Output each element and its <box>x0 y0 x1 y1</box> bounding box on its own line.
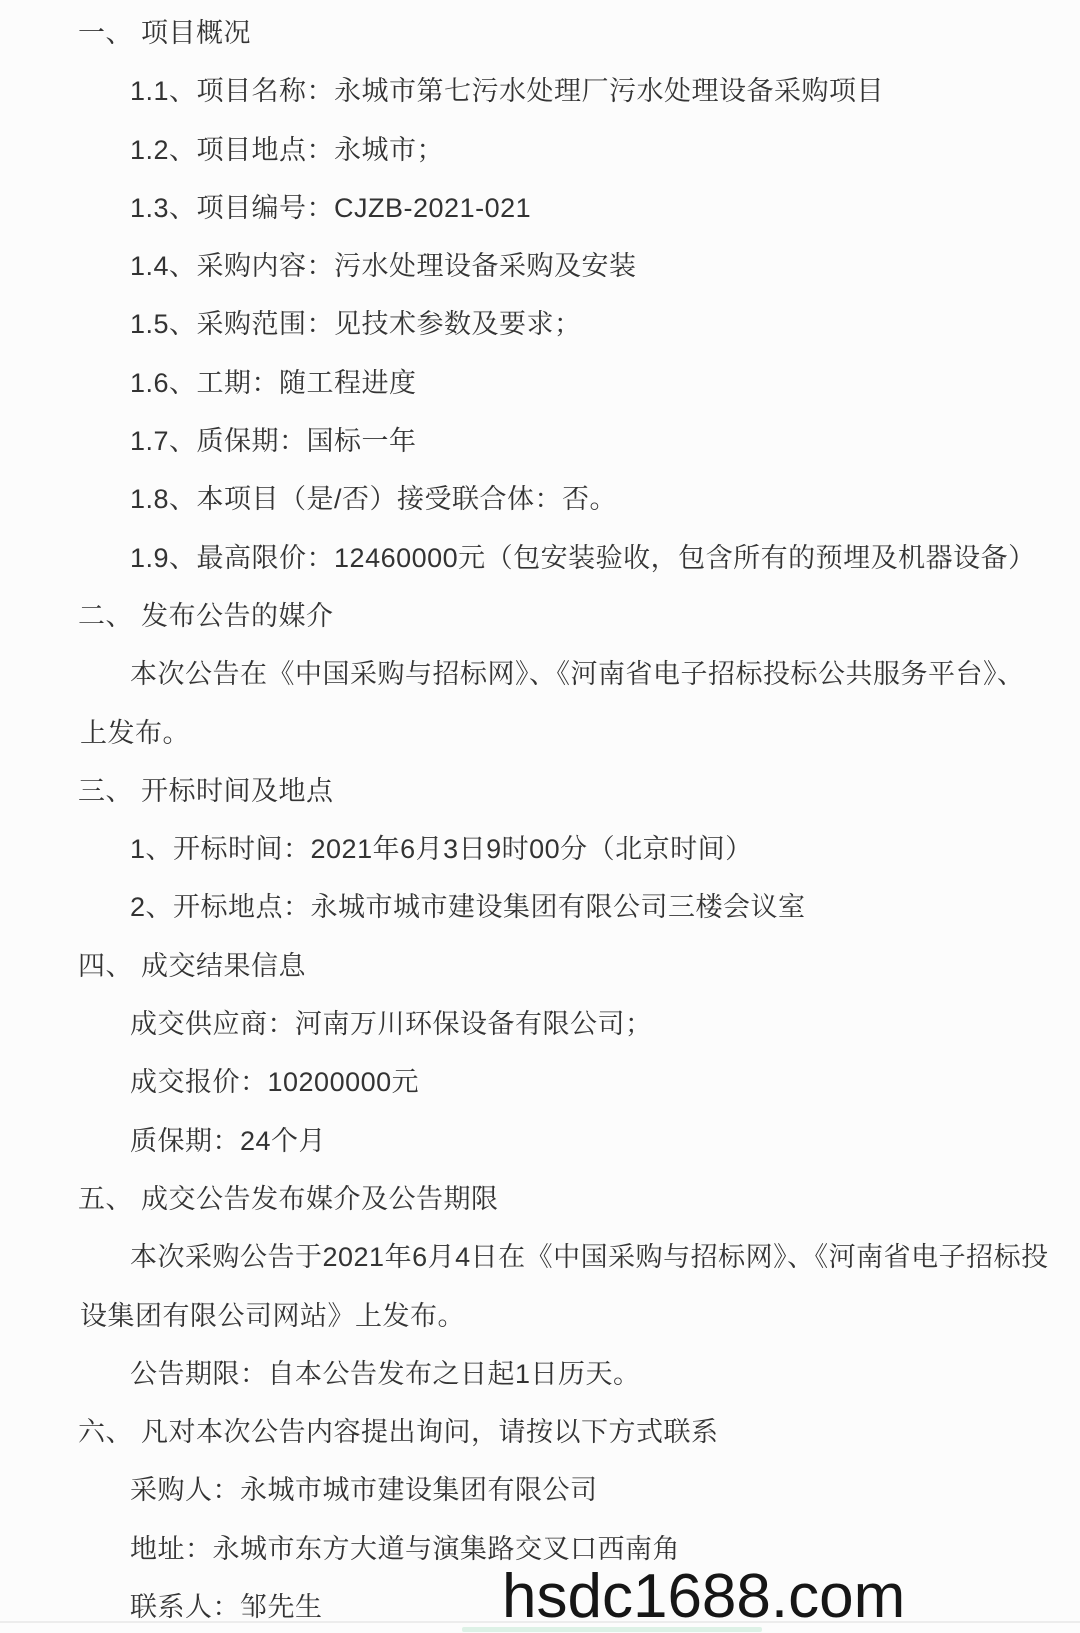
section-heading: 四、 成交结果信息 <box>0 937 1080 995</box>
document-line: 1.1、项目名称：永城市第七污水处理厂污水处理设备采购项目 <box>0 62 1080 120</box>
bottom-highlight-strip <box>462 1627 762 1632</box>
bottom-divider <box>0 1621 1080 1623</box>
document-line: 1.5、采购范围：见技术参数及要求； <box>0 295 1080 353</box>
page: { "document": { "lines": [ { "indent": "… <box>0 0 1080 1633</box>
document-line: 成交供应商：河南万川环保设备有限公司； <box>0 995 1080 1053</box>
section-heading: 五、 成交公告发布媒介及公告期限 <box>0 1170 1080 1228</box>
section-heading: 六、 凡对本次公告内容提出询问，请按以下方式联系 <box>0 1403 1080 1461</box>
document-line: 1.7、质保期：国标一年 <box>0 412 1080 470</box>
document-line: 1.3、项目编号：CJZB-2021-021 <box>0 179 1080 237</box>
document-line: 本次公告在《中国采购与招标网》、《河南省电子招标投标公共服务平台》、 <box>0 645 1080 703</box>
document-line: 质保期：24个月 <box>0 1112 1080 1170</box>
document-line: 1.4、采购内容：污水处理设备采购及安装 <box>0 237 1080 295</box>
document-line: 1.2、项目地点：永城市； <box>0 121 1080 179</box>
watermark-text: hsdc1688.com <box>502 1566 905 1628</box>
document-line: 上发布。 <box>0 704 1080 762</box>
document-line: 本次采购公告于2021年6月4日在《中国采购与招标网》、《河南省电子招标投 <box>0 1228 1080 1286</box>
document-line: 采购人：永城市城市建设集团有限公司 <box>0 1461 1080 1519</box>
document-line: 2、开标地点：永城市城市建设集团有限公司三楼会议室 <box>0 878 1080 936</box>
announcement-document: 一、 项目概况1.1、项目名称：永城市第七污水处理厂污水处理设备采购项目1.2、… <box>0 4 1080 1633</box>
document-line: 1.9、最高限价：12460000元（包安装验收，包含所有的预埋及机器设备） <box>0 529 1080 587</box>
document-line: 1.8、本项目（是/否）接受联合体：否。 <box>0 470 1080 528</box>
section-heading: 一、 项目概况 <box>0 4 1080 62</box>
document-line: 公告期限：自本公告发布之日起1日历天。 <box>0 1345 1080 1403</box>
document-line: 设集团有限公司网站》上发布。 <box>0 1287 1080 1345</box>
section-heading: 二、 发布公告的媒介 <box>0 587 1080 645</box>
document-lines: 一、 项目概况1.1、项目名称：永城市第七污水处理厂污水处理设备采购项目1.2、… <box>0 4 1080 1633</box>
document-line: 1、开标时间：2021年6月3日9时00分（北京时间） <box>0 820 1080 878</box>
section-heading: 三、 开标时间及地点 <box>0 762 1080 820</box>
document-line: 1.6、工期：随工程进度 <box>0 354 1080 412</box>
document-line: 成交报价：10200000元 <box>0 1053 1080 1111</box>
